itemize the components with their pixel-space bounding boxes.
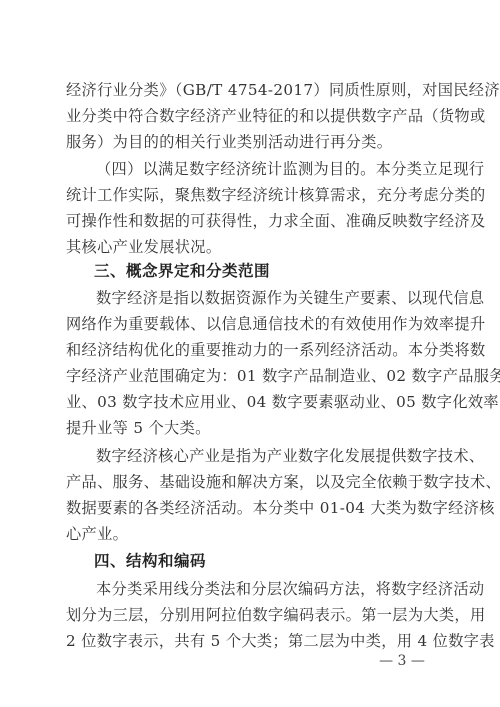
paragraph-line: 数据要素的各类经济活动。本分类中 01-04 大类为数字经济核 bbox=[66, 495, 432, 521]
paragraph-line: 数字经济是指以数据资源作为关键生产要素、以现代信息 bbox=[96, 285, 432, 311]
page-number: — 3 — bbox=[374, 651, 430, 671]
paragraph-line: 产品、服务、基础设施和解决方案，以及完全依赖于数字技术、 bbox=[66, 469, 432, 495]
document-page: 经济行业分类》（GB/T 4754-2017）同质性原则，对国民经济行 业分类中… bbox=[0, 0, 500, 707]
paragraph-line: 提升业等 5 个大类。 bbox=[66, 415, 432, 441]
paragraph-line: 本分类采用线分类法和分层次编码方法，将数字经济活动 bbox=[96, 576, 432, 602]
paragraph-line: 划分为三层，分别用阿拉伯数字编码表示。第一层为大类，用 bbox=[66, 602, 432, 628]
paragraph-line: 可操作性和数据的可获得性，力求全面、准确反映数字经济及 bbox=[66, 208, 432, 234]
paragraph-line: 业、03 数字技术应用业、04 数字要素驱动业、05 数字化效率 bbox=[66, 389, 432, 415]
paragraph-line: 服务）为目的的相关行业类别活动进行再分类。 bbox=[66, 129, 432, 155]
paragraph-line: 经济行业分类》（GB/T 4754-2017）同质性原则，对国民经济行 bbox=[66, 77, 432, 103]
paragraph-line: （四）以满足数字经济统计监测为目的。本分类立足现行 bbox=[96, 156, 432, 182]
section-heading-4: 四、结构和编码 bbox=[94, 548, 206, 574]
paragraph-line: 网络作为重要载体、以信息通信技术的有效使用作为效率提升 bbox=[66, 311, 432, 337]
paragraph-line: 统计工作实际，聚焦数字经济统计核算需求，充分考虑分类的 bbox=[66, 182, 432, 208]
paragraph-line: 和经济结构优化的重要推动力的一系列经济活动。本分类将数 bbox=[66, 337, 432, 363]
paragraph-line: 业分类中符合数字经济产业特征的和以提供数字产品（货物或 bbox=[66, 103, 432, 129]
paragraph-line: 数字经济核心产业是指为产业数字化发展提供数字技术、 bbox=[96, 443, 432, 469]
section-heading-3: 三、概念界定和分类范围 bbox=[94, 258, 270, 284]
paragraph-line: 其核心产业发展状况。 bbox=[66, 234, 432, 260]
paragraph-line: 字经济产业范围确定为：01 数字产品制造业、02 数字产品服务 bbox=[66, 363, 432, 389]
paragraph-line: 心产业。 bbox=[66, 521, 432, 547]
